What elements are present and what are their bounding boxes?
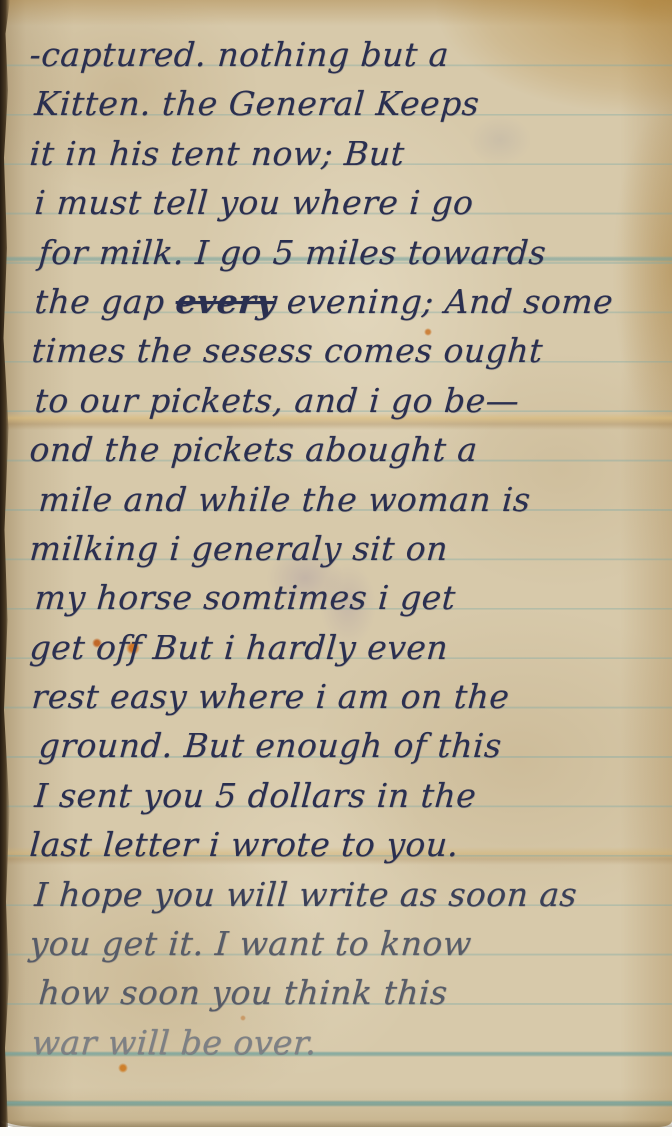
handwriting-text: get off But i hardly even bbox=[28, 628, 449, 667]
handwriting-line: -captured. nothing but a bbox=[28, 30, 669, 79]
handwriting-text: how soon you think this bbox=[37, 973, 449, 1012]
handwriting-line: it in his tent now; But bbox=[28, 129, 669, 178]
handwriting-text: -captured. nothing but a bbox=[28, 35, 450, 74]
handwriting-text: I sent you 5 dollars in the bbox=[33, 776, 477, 815]
handwriting-line: mile and while the woman is bbox=[37, 475, 669, 524]
handwriting-line: i must tell you where i go bbox=[33, 178, 669, 227]
handwriting-text: mile and while the woman is bbox=[37, 480, 532, 519]
handwriting-line: my horse somtimes i get bbox=[33, 573, 669, 622]
handwriting-text: Kitten. the General Keeps bbox=[33, 84, 480, 123]
handwriting-line: war will be over. bbox=[30, 1018, 669, 1067]
handwriting-text: milking i generaly sit on bbox=[28, 529, 449, 568]
handwriting-line: last letter i wrote to you. bbox=[28, 820, 669, 869]
handwriting-text: i must tell you where i go bbox=[33, 183, 475, 222]
handwriting-line: times the sesess comes ought bbox=[30, 326, 669, 375]
handwriting-line: I sent you 5 dollars in the bbox=[33, 771, 669, 820]
handwriting-line: how soon you think this bbox=[37, 968, 669, 1017]
handwriting-text: it in his tent now; But bbox=[28, 134, 406, 173]
handwriting-line: to our pickets, and i go be— bbox=[33, 376, 669, 425]
handwriting-line: rest easy where i am on the bbox=[30, 672, 669, 721]
handwriting-text: rest easy where i am on the bbox=[30, 677, 510, 716]
handwriting-line: milking i generaly sit on bbox=[28, 524, 669, 573]
handwriting-line: you get it. I want to know bbox=[28, 919, 669, 968]
handwriting-text: you get it. I want to know bbox=[28, 924, 473, 963]
handwriting-line: ond the pickets abought a bbox=[28, 425, 669, 474]
handwriting-text: I hope you will write as soon as bbox=[33, 875, 578, 914]
handwriting-line: ground. But enough of this bbox=[37, 721, 669, 770]
handwriting-line: get off But i hardly even bbox=[28, 623, 669, 672]
handwriting-text: to our pickets, and i go be— bbox=[33, 381, 520, 420]
struck-word: every bbox=[174, 282, 277, 321]
handwriting-line: for milk. I go 5 miles towards bbox=[37, 228, 669, 277]
scanner-background bbox=[0, 1127, 672, 1136]
handwriting-text: ond the pickets abought a bbox=[28, 430, 479, 469]
handwriting-line: I hope you will write as soon as bbox=[33, 870, 669, 919]
handwriting: -captured. nothing but aKitten. the Gene… bbox=[28, 30, 666, 1067]
handwriting-text: war will be over. bbox=[30, 1023, 318, 1062]
handwriting-line: the gap every evening; And some bbox=[33, 277, 669, 326]
handwriting-text: the gap bbox=[33, 282, 177, 321]
handwriting-text: my horse somtimes i get bbox=[33, 578, 457, 617]
handwriting-text: for milk. I go 5 miles towards bbox=[37, 233, 547, 272]
handwriting-text: evening; And some bbox=[275, 282, 615, 321]
scanned-letter-image: -captured. nothing but aKitten. the Gene… bbox=[0, 0, 672, 1136]
handwriting-line: Kitten. the General Keeps bbox=[33, 79, 669, 128]
handwriting-text: ground. But enough of this bbox=[37, 726, 503, 765]
handwriting-text: last letter i wrote to you. bbox=[28, 825, 460, 864]
handwriting-text: times the sesess comes ought bbox=[30, 331, 544, 370]
